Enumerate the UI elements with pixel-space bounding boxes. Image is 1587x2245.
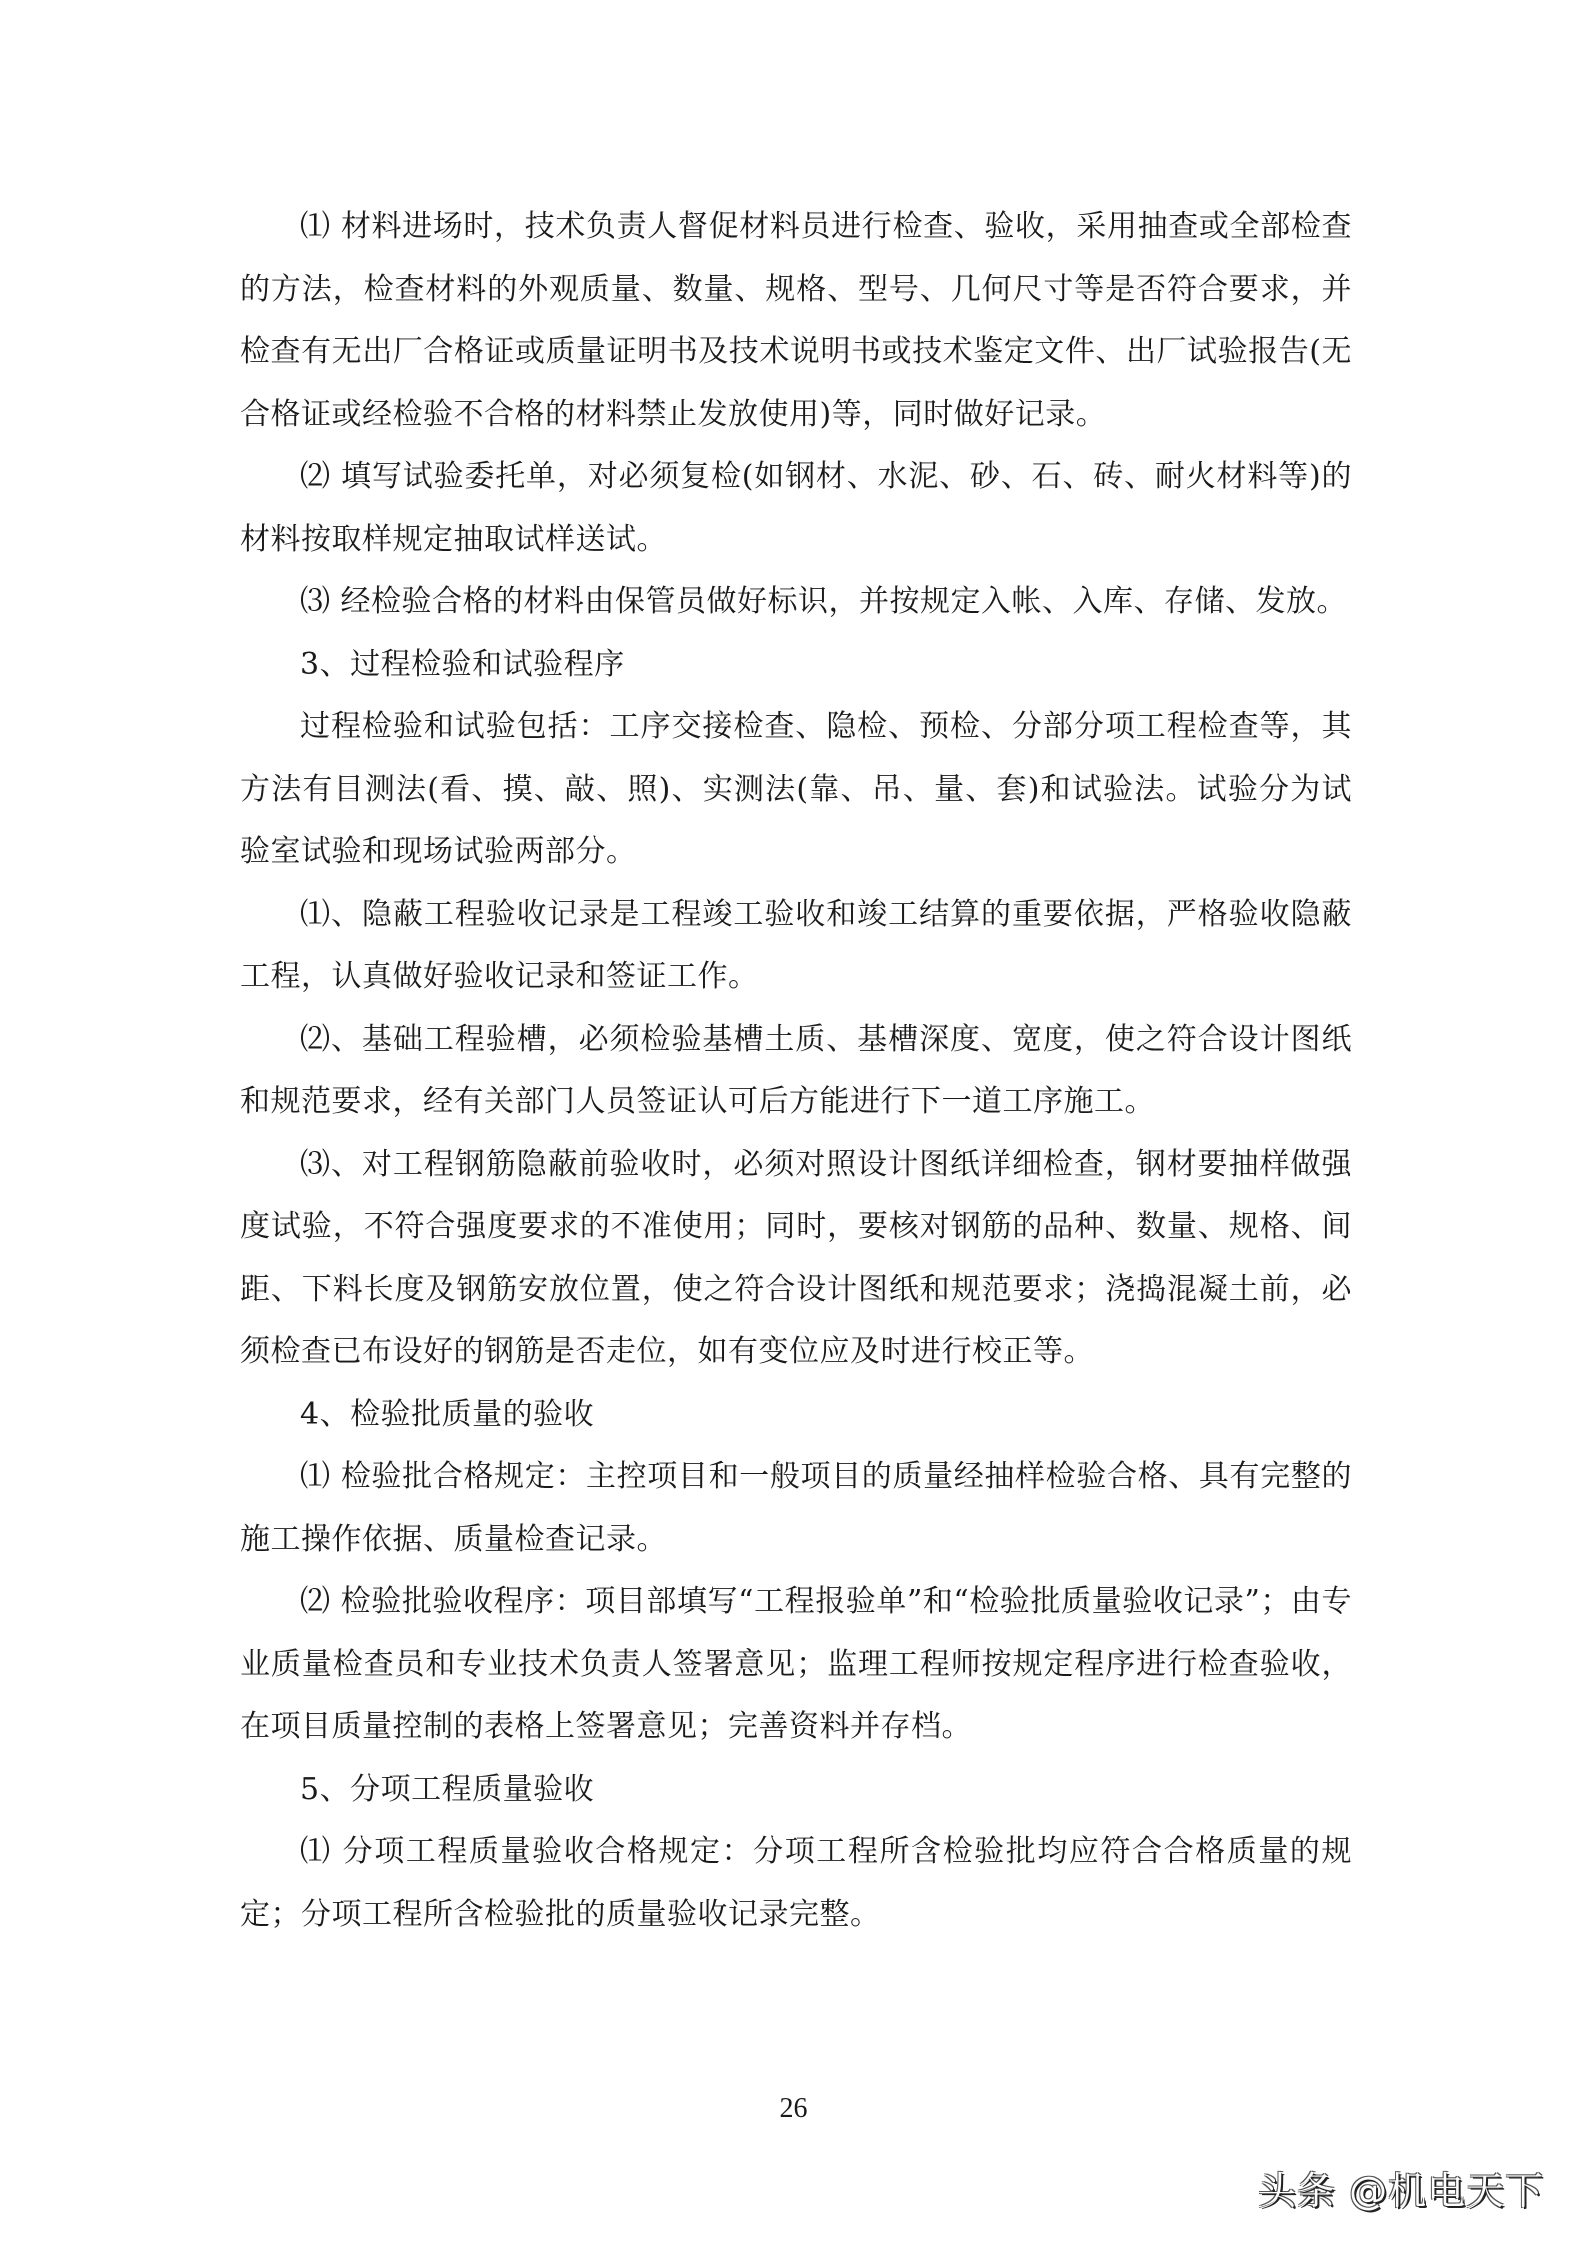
paragraph-subitem-qualification: ⑴ 分项工程质量验收合格规定：分项工程所含检验批均应符合合格质量的规定；分项工程… bbox=[240, 1821, 1352, 1946]
paragraph-concealed-works: ⑴、隐蔽工程验收记录是工程竣工验收和竣工结算的重要依据，严格验收隐蔽工程，认真做… bbox=[240, 884, 1352, 1009]
document-body: ⑴ 材料进场时，技术负责人督促材料员进行检查、验收，采用抽查或全部检查的方法，检… bbox=[240, 196, 1352, 1946]
page-number: 26 bbox=[0, 2093, 1587, 2125]
paragraph-process-inspection: 过程检验和试验包括：工序交接检查、隐检、预检、分部分项工程检查等，其方法有目测法… bbox=[240, 696, 1352, 884]
paragraph-batch-procedure: ⑵ 检验批验收程序：项目部填写“工程报验单”和“检验批质量验收记录”；由专业质量… bbox=[240, 1571, 1352, 1759]
section-heading-3: 3、过程检验和试验程序 bbox=[240, 634, 1352, 697]
watermark: 头条 @机电天下 bbox=[1258, 2160, 1544, 2215]
paragraph-foundation-trench: ⑵、基础工程验槽，必须检验基槽土质、基槽深度、宽度，使之符合设计图纸和规范要求，… bbox=[240, 1009, 1352, 1134]
section-heading-4: 4、检验批质量的验收 bbox=[240, 1384, 1352, 1447]
paragraph-material-inspection: ⑴ 材料进场时，技术负责人督促材料员进行检查、验收，采用抽查或全部检查的方法，检… bbox=[240, 196, 1352, 446]
paragraph-material-labeling: ⑶ 经检验合格的材料由保管员做好标识，并按规定入帐、入库、存储、发放。 bbox=[240, 571, 1352, 634]
paragraph-batch-qualification: ⑴ 检验批合格规定：主控项目和一般项目的质量经抽样检验合格、具有完整的施工操作依… bbox=[240, 1446, 1352, 1571]
section-heading-5: 5、分项工程质量验收 bbox=[240, 1759, 1352, 1822]
paragraph-rebar-check: ⑶、对工程钢筋隐蔽前验收时，必须对照设计图纸详细检查，钢材要抽样做强度试验，不符… bbox=[240, 1134, 1352, 1384]
paragraph-test-commission: ⑵ 填写试验委托单，对必须复检(如钢材、水泥、砂、石、砖、耐火材料等)的材料按取… bbox=[240, 446, 1352, 571]
